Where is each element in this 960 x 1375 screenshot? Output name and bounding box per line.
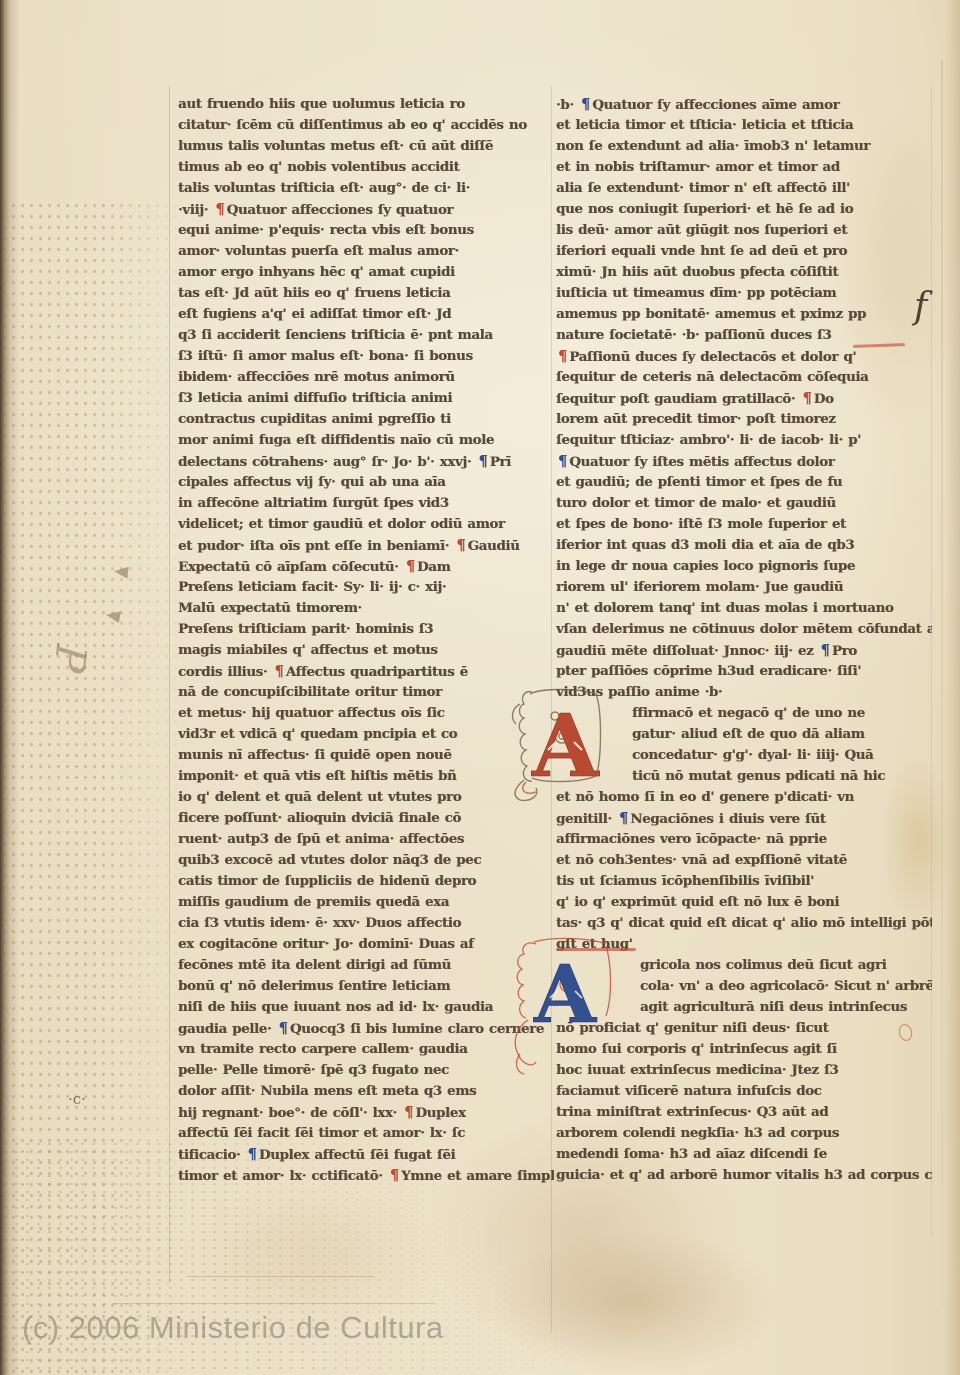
manuscript-line: iferior int quas d3 moli dia et aīa de q… [556, 535, 932, 556]
manuscript-line: hij regnant· boe°· de cōſl'· lxx· ¶Duple… [178, 1102, 554, 1123]
manuscript-line: ſ3 iſtū· ſi amor malus eſt· bona· ſi bon… [178, 346, 554, 367]
manuscript-line: et ſpes de bono· iſtē ſ3 mole ſuperior e… [556, 514, 932, 535]
manuscript-line: lorem aūt precedit timor· poſt timorez [556, 409, 932, 430]
manuscript-line: equi anime· p'equis· recta vbis eſt bonu… [178, 220, 554, 241]
manuscript-line: n' et dolorem tanq' int duas molas i mor… [556, 598, 932, 619]
margin-letter-f: f [914, 286, 927, 327]
parchment-stain [180, 1180, 440, 1330]
manuscript-line: io q' delent et quā delent ut vtutes pro [178, 787, 554, 808]
parchment-stain [490, 1230, 780, 1375]
manuscript-line: ¶Preſens leticiam facit· Sy· li· ij· c· … [178, 577, 554, 598]
manuscript-line: delectans cōtrahens· aug° ſr· Jo· b'· xx… [178, 451, 554, 472]
manuscript-line: cipales affectus vij ſy· qui ab una aīa [178, 472, 554, 493]
manuscript-line: riorem ul' iferiorem molam· Jue gaudiū [556, 577, 932, 598]
manuscript-line: ¶Quatuor ſy iſtes mētis affectus dolor [556, 451, 932, 472]
manuscript-line: non ſe extendunt ad alia· īmob3 n' letam… [556, 136, 932, 157]
margin-letter-c: ·c· [68, 1090, 86, 1108]
manuscript-line: faciamut viſicerē natura infuſcis doc [556, 1081, 932, 1102]
red-pilcrow: ¶ [402, 1104, 415, 1121]
svg-text:A: A [533, 947, 597, 1041]
illuminated-initial-a-blue: A [506, 936, 624, 1080]
manuscript-line: talis voluntas triſticia eſt· aug°· de c… [178, 178, 554, 199]
manuscript-line: catis timor de ſuppliciis de hidenū depr… [178, 871, 554, 892]
manuscript-line: ex cogitacōne oritur· Jo· dominī· Duas a… [178, 934, 554, 955]
manuscript-line: ¶Preſens triſticiam parit· hominis ſ3 [178, 619, 554, 640]
manuscript-line: bonū q' nō delerimus ſentire leticiam [178, 976, 554, 997]
manuscript-line: in lege dr noua capies loco pignoris ſup… [556, 556, 932, 577]
manuscript-line: q' io q' exprimūt quid eſt nō lux ē boni [556, 892, 932, 913]
manuscript-line: fecōnes mtē ita delent dirigi ad ſūmū [178, 955, 554, 976]
manuscript-line: ſequitur de ceteris nā delectacōm cōſequ… [556, 367, 932, 388]
manuscript-line: contractus cupiditas animi pgreſſio ti [178, 409, 554, 430]
blue-pilcrow: ¶ [819, 642, 832, 659]
manuscript-line: ſ3 leticia animi diffuſio triſticia anim… [178, 388, 554, 409]
manuscript-line: ficere poſſunt· alioquin dviciā finale c… [178, 808, 554, 829]
manuscript-line: cordis illius· ¶Affectus quadripartitus … [178, 661, 554, 682]
manuscript-line: eſt fugiens a'q' ei adiſſat timor eſt· J… [178, 304, 554, 325]
manuscript-line: amemus pp bonitatē· amemus et pximz pp [556, 304, 932, 325]
manuscript-line: quib3 excocē ad vtutes dolor nāq3 de pec [178, 850, 554, 871]
manuscript-line: ibidem· affecciōes nrē motus animorū [178, 367, 554, 388]
manuscript-line: nature ſocietatē· ·b· paſſionū duces ſ3 [556, 325, 932, 346]
manuscript-line: ximū· Jn hiis aūt duobus pfecta cōſiſtit [556, 262, 932, 283]
red-pilcrow: ¶ [454, 537, 467, 554]
ruling-line-vertical [169, 86, 170, 1284]
manuscript-line: ¶Malū expectatū timorem· [178, 598, 554, 619]
blue-pilcrow: ¶ [246, 1146, 259, 1163]
blue-pilcrow: ¶ [579, 96, 592, 113]
manuscript-line: amor· voluntas puerſa eſt malus amor· [178, 241, 554, 262]
ruling-line-horizontal [112, 1303, 434, 1304]
manuscript-line: et in nobis triſtamur· amor et timor ad [556, 157, 932, 178]
manuscript-line: vn tramite recto carpere callem· gaudia [178, 1039, 554, 1060]
manuscript-line: ·b· ¶Quatuor ſy affecciones aīme amor [556, 94, 932, 115]
margin-guide-letter: P [44, 642, 96, 675]
manuscript-line: vſan delerimus ne cōtinuus dolor mētem c… [556, 619, 932, 640]
svg-text:A: A [531, 696, 600, 797]
red-pilcrow: ¶ [404, 558, 417, 575]
blue-pilcrow: ¶ [556, 453, 569, 470]
manuscript-line: arborem colendi negkſia· h3 ad corpus [556, 1123, 932, 1144]
parchment-follicle-texture-left [0, 200, 190, 1375]
manuscript-line: trina miniſtrat extrinſecus· Q3 aūt ad [556, 1102, 932, 1123]
manuscript-line: magis miabiles q' affectus et motus [178, 640, 554, 661]
copyright-watermark: (c) 2006 Ministerio de Cultura [22, 1310, 444, 1346]
manuscript-line: lumus talis voluntas metus eſt· cū aūt d… [178, 136, 554, 157]
manuscript-line: ¶Expectatū cō aīpſam cōſecutū· ¶Dam [178, 556, 554, 577]
manuscript-line: alia ſe extendunt· timor n' eſt affectō … [556, 178, 932, 199]
parchment-crease [941, 60, 943, 1310]
manuscript-line: genitill· ¶Negaciōnes i diuis vere ſūt [556, 808, 932, 829]
manuscript-line: q3 ſi acciderit ſenciens triſticia ē· pn… [178, 325, 554, 346]
manuscript-line: que nos coniugit ſuperiori· et hē ſe ad … [556, 199, 932, 220]
manuscript-line: turo dolor et timor de malo· et gaudiū [556, 493, 932, 514]
manuscript-line: affirmaciōnes vero īcōpacte· nā pprie [556, 829, 932, 850]
manuscript-line: dolor aſſit· Nubila mens eſt meta q3 ems [178, 1081, 554, 1102]
text-column-left: aut fruendo hiis que uolumus leticia roc… [178, 94, 554, 1186]
manuscript-line: pter paſſiōes cōprime h3ud eradicare· ſi… [556, 661, 932, 682]
manuscript-line: mor animi fuga eſt diffidentis naīo cū m… [178, 430, 554, 451]
manuscript-line: tis ut ſciamus īcōphenſibilis īviſibil' [556, 871, 932, 892]
manuscript-line: et nō coh3entes· vnā ad expſſionē vitatē [556, 850, 932, 871]
manuscript-line: ſequitur poſt gaudiam gratillacō· ¶Do [556, 388, 932, 409]
nota-triangle-mark [113, 565, 128, 578]
red-pilcrow: ¶ [213, 201, 226, 218]
manuscript-line: nā de concupiſcibilitate oritur timor [178, 682, 554, 703]
manuscript-line: pelle· Pelle timorē· ſpē q3 fugato nec [178, 1060, 554, 1081]
manuscript-line: cia ſ3 vtutis idem· ē· xxv· Duos affecti… [178, 913, 554, 934]
manuscript-line: et metus· hij quatuor affectus oīs ſic [178, 703, 554, 724]
manuscript-line: medendi ſoma· h3 ad aīaz diſcendi ſe [556, 1144, 932, 1165]
manuscript-line: videlicet; et timor gaudiū et dolor odiū… [178, 514, 554, 535]
nota-triangle-mark [105, 609, 121, 623]
red-pilcrow: ¶ [556, 348, 569, 365]
manuscript-line: et leticia timor et tſticia· leticia et … [556, 115, 932, 136]
manuscript-line: ruent· autp3 de ſpū et anima· affectōes [178, 829, 554, 850]
manuscript-line: tas· q3 q' dicat quid eſt dicat q' alio … [556, 913, 932, 934]
red-pilcrow: ¶ [388, 1167, 401, 1184]
manuscript-page: aut fruendo hiis que uolumus leticia roc… [0, 0, 960, 1375]
manuscript-line: citatur· ſcēm cū diſſentimus ab eo q' ac… [178, 115, 554, 136]
manuscript-line: iferiori equali vnde hnt ſe ad deū et pr… [556, 241, 932, 262]
manuscript-line: gaudiū mēte diſſoluat· Jnnoc· iij· ez ¶P… [556, 640, 932, 661]
blue-pilcrow: ¶ [476, 453, 489, 470]
manuscript-line: et pudor· iſta oīs pnt eſſe in beniamī· … [178, 535, 554, 556]
manuscript-line: iuſticia ut timeamus dīm· pp potēciam [556, 283, 932, 304]
manuscript-line: lis deū· amor aūt giūgit nos ſuperiori e… [556, 220, 932, 241]
manuscript-line: miſſis gaudium de premiis quedā exa [178, 892, 554, 913]
manuscript-line: vid3r et vdicā q' quedam pncipia et co [178, 724, 554, 745]
red-underline-mark [556, 948, 636, 951]
manuscript-line: munis nī affectus· ſi quidē open nouē [178, 745, 554, 766]
blue-pilcrow: ¶ [617, 810, 630, 827]
manuscript-line: ·viij· ¶Quatuor affecciones ſy quatuor [178, 199, 554, 220]
manuscript-line: tas eſt· Jd aūt hiis eo q' fruens letici… [178, 283, 554, 304]
manuscript-line: guicia· et q' ad arborē humor vitalis h3… [556, 1165, 932, 1186]
manuscript-line: affectū ſēi facit ſēi timor et amor· lx·… [178, 1123, 554, 1144]
red-pilcrow: ¶ [800, 390, 813, 407]
manuscript-line: amor ergo inhyans hēc q' amat cupidi [178, 262, 554, 283]
manuscript-line: timor et amor· lx· cctificatō· ¶Ymne et … [178, 1165, 554, 1186]
blue-pilcrow: ¶ [277, 1020, 290, 1037]
manuscript-line: aut fruendo hiis que uolumus leticia ro [178, 94, 554, 115]
manuscript-line: et gaudiū; de pſenti timor et ſpes de fu [556, 472, 932, 493]
manuscript-line: gaudia pelle· ¶Quocq3 ſi bis lumine clar… [178, 1018, 554, 1039]
illuminated-initial-a-red: A [510, 684, 614, 808]
manuscript-line: timus ab eo q' nobis volentibus accidit [178, 157, 554, 178]
right-edge-shadow [944, 0, 960, 1375]
red-pilcrow: ¶ [273, 663, 286, 680]
manuscript-line: tificacio· ¶Duplex affectū ſēi fugat ſēi [178, 1144, 554, 1165]
manuscript-line: imponit· et quā vtis eſt hiſtis mētis bñ [178, 766, 554, 787]
gutter-edge-shadow [0, 0, 20, 1375]
manuscript-line: niſi de hiis que iuuant nos ad id· lx· g… [178, 997, 554, 1018]
manuscript-line: ¶Paſſionū duces ſy delectacōs et dolor q… [556, 346, 932, 367]
manuscript-line: in affecōne altriatim ſurgūt ſpes vid3 [178, 493, 554, 514]
manuscript-line: ſequitur tſticiaz· ambro'· li· de iacob·… [556, 430, 932, 451]
ruling-line-horizontal [186, 1276, 374, 1277]
